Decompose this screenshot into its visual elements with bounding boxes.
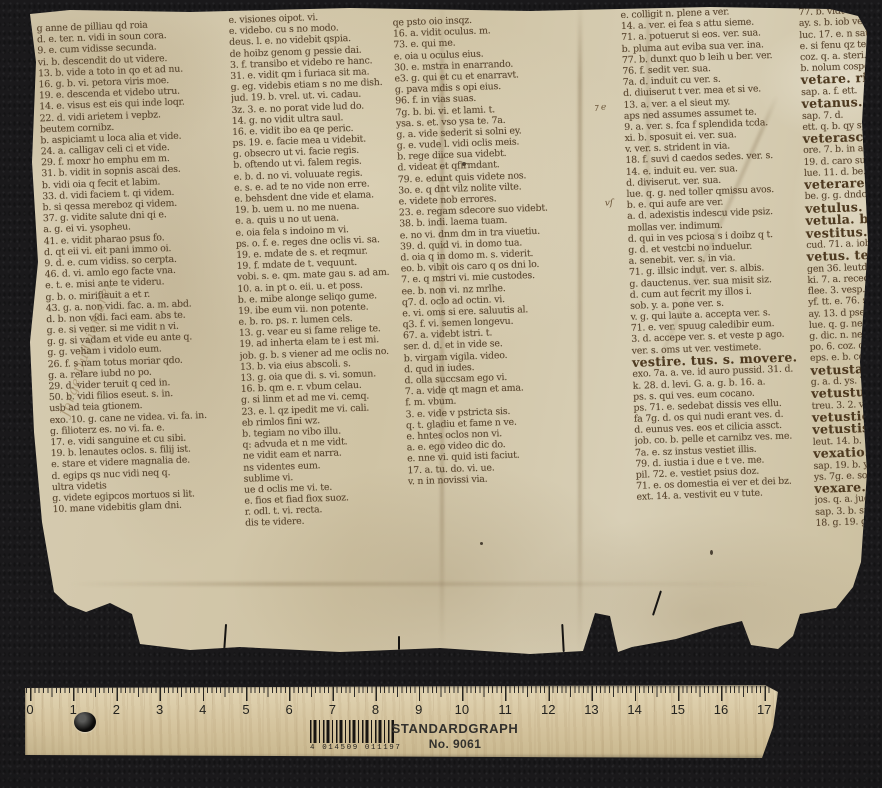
parchment-leaf: Jorge Dudriomarer g anne de pilliau qd r… — [10, 2, 872, 660]
ruler-numbers: 01234567891011121314151617 — [8, 702, 786, 717]
marginal-mark: vſ — [605, 198, 614, 208]
text-column-4: e. colligit n. plene a ver.14. a. ver. e… — [620, 4, 814, 503]
ruler-brand-name: STANDARDGRAPH — [375, 721, 535, 736]
marginal-mark: ⁊ e — [593, 103, 606, 113]
photograph-of-manuscript: Jorge Dudriomarer g anne de pilliau qd r… — [0, 0, 882, 788]
ruler-model-number: No. 9061 — [375, 737, 535, 751]
text-column-1: g anne de pilliau qd roiad. e. ter. n. v… — [36, 17, 248, 515]
text-column-3: qe psto oio insqz.16. a. vidit oculus. m… — [392, 12, 579, 487]
ruler: 01234567891011121314151617 4 014509 0111… — [25, 685, 778, 758]
ruler-cm-ticks — [25, 686, 772, 701]
ruler-hanging-hole — [74, 712, 96, 732]
ruler-brand-block: STANDARDGRAPH No. 9061 — [375, 721, 535, 751]
text-block: g anne de pilliau qd roiad. e. ter. n. v… — [10, 0, 882, 674]
